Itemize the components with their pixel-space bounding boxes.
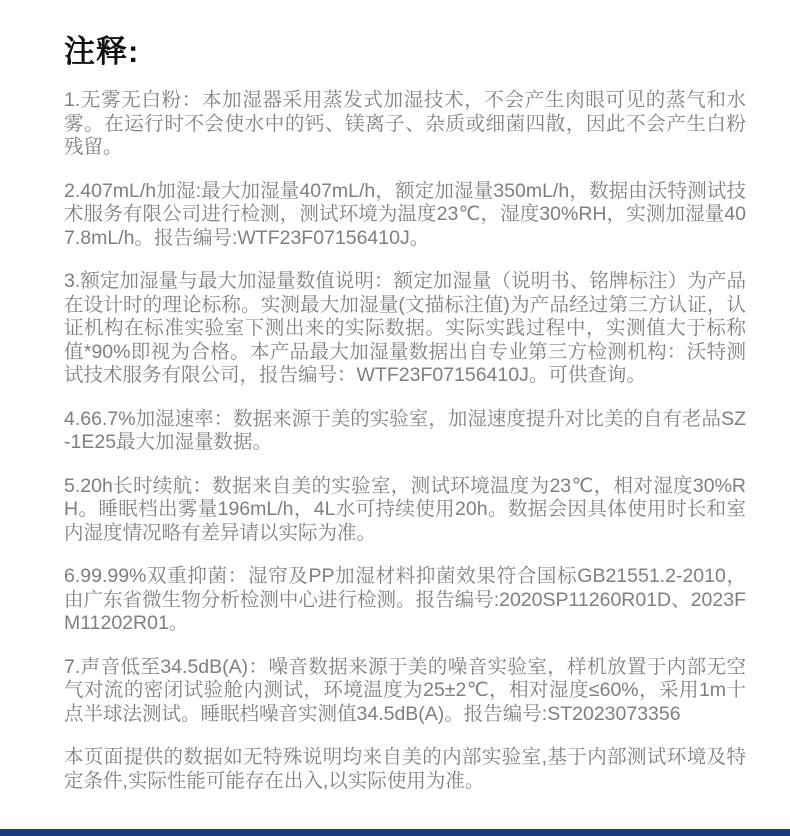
page-title: 注释: xyxy=(64,26,746,71)
footer-disclaimer: 本页面提供的数据如无特殊说明均来自美的内部实验室,基于内部测试环境及特定条件,实… xyxy=(64,746,746,793)
note-paragraph-4: 4.66.7%加湿速率：数据来源于美的实验室，加湿速度提升对比美的自有老品SZ-… xyxy=(64,408,746,455)
note-paragraph-7: 7.声音低至34.5dB(A)：噪音数据来源于美的噪音实验室，样机放置于内部无空… xyxy=(64,656,746,727)
product-notes-page: 注释: 1.无雾无白粉：本加湿器采用蒸发式加湿技术，不会产生肉眼可见的蒸气和水雾… xyxy=(0,0,790,836)
bottom-accent-bar xyxy=(0,829,790,836)
note-paragraph-6: 6.99.99%双重抑菌：湿帘及PP加湿材料抑菌效果符合国标GB21551.2-… xyxy=(64,565,746,636)
note-paragraph-5: 5.20h长时续航：数据来自美的实验室，测试环境温度为23℃，相对湿度30%RH… xyxy=(64,475,746,546)
notes-content: 注释: 1.无雾无白粉：本加湿器采用蒸发式加湿技术，不会产生肉眼可见的蒸气和水雾… xyxy=(0,0,790,793)
note-paragraph-1: 1.无雾无白粉：本加湿器采用蒸发式加湿技术，不会产生肉眼可见的蒸气和水雾。在运行… xyxy=(64,89,746,160)
note-paragraph-2: 2.407mL/h加湿:最大加湿量407mL/h，额定加湿量350mL/h，数据… xyxy=(64,180,746,251)
note-paragraph-3: 3.额定加湿量与最大加湿量数值说明：额定加湿量（说明书、铭牌标注）为产品在设计时… xyxy=(64,270,746,388)
